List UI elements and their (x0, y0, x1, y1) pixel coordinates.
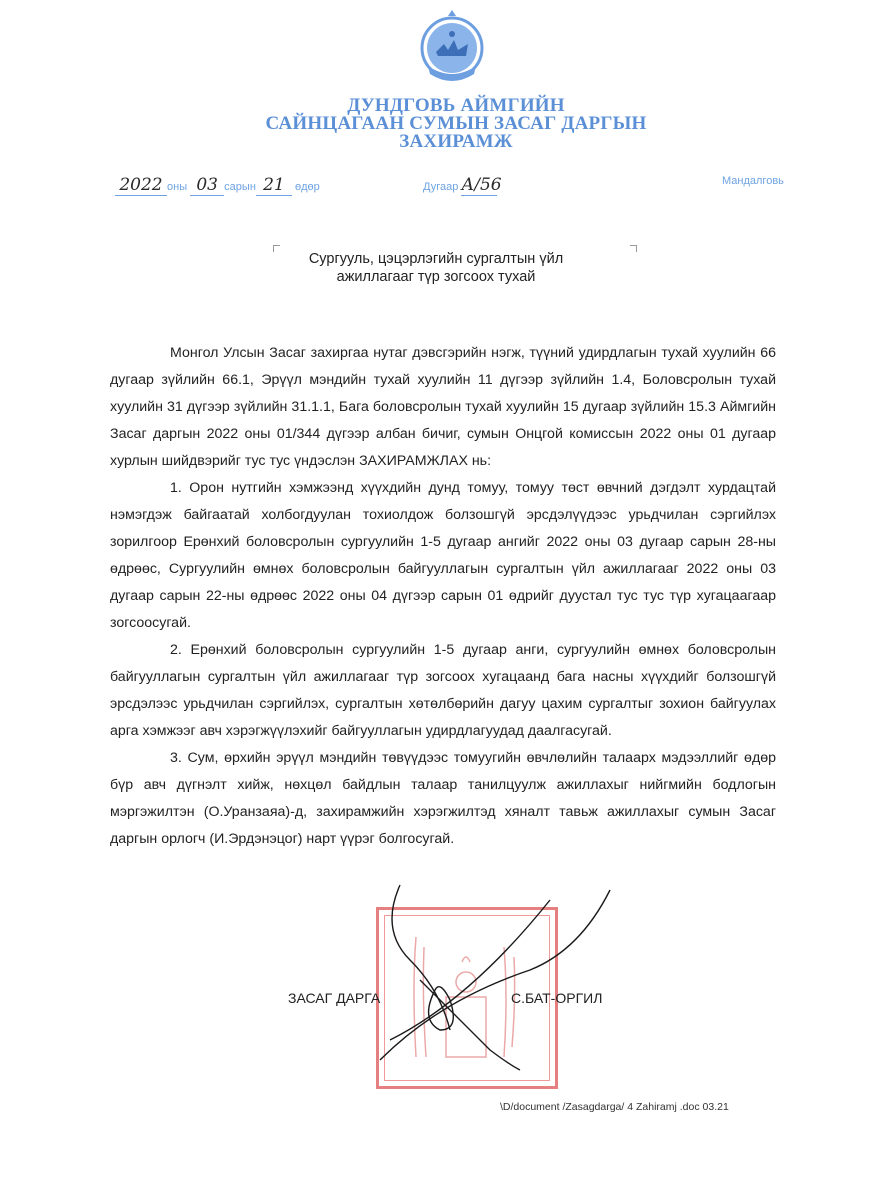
document-title: Сургууль, цэцэрлэгийн сургалтын үйл ажил… (0, 250, 872, 286)
date-day-label: өдөр (295, 181, 320, 193)
signature-icon (340, 880, 620, 1080)
number-label: Дугаар (423, 181, 458, 193)
title-line-1: Сургууль, цэцэрлэгийн сургалтын үйл (0, 250, 872, 268)
clause-2: 2. Ерөнхий боловсролын сургуулийн 1-5 ду… (110, 637, 776, 745)
document-number: Дугаар А/56 (423, 175, 497, 196)
place-name: Мандалговь (722, 175, 784, 187)
title-line-2: ажиллагааг түр зогсоох тухай (0, 268, 872, 286)
clause-3: 3. Сум, өрхийн эрүүл мэндийн төвүүдээс т… (110, 745, 776, 853)
date-year: 2022 (115, 175, 167, 196)
date-field: 2022оны 03сарын21 өдөр (115, 175, 320, 196)
signatory-position: ЗАСАГ ДАРГА (288, 990, 380, 1006)
date-year-label: оны (167, 181, 187, 193)
date-month-label: сарын (224, 181, 256, 193)
date-day: 21 (256, 175, 292, 196)
header-doc-type: ЗАХИРАМЖ (20, 132, 872, 152)
file-path-footer: \D/document /Zasagdarga/ 4 Zahiramj .doc… (500, 1101, 729, 1113)
preamble-paragraph: Монгол Улсын Засаг захиргаа нутаг дэвсгэ… (110, 340, 776, 475)
document-body: Монгол Улсын Засаг захиргаа нутаг дэвсгэ… (110, 340, 776, 853)
state-emblem-icon (418, 10, 486, 90)
clause-1: 1. Орон нутгийн хэмжээнд хүүхдийн дунд т… (110, 475, 776, 637)
signatory-name: С.БАТ-ОРГИЛ (511, 990, 602, 1006)
date-month: 03 (190, 175, 224, 196)
number-value: А/56 (461, 175, 497, 196)
